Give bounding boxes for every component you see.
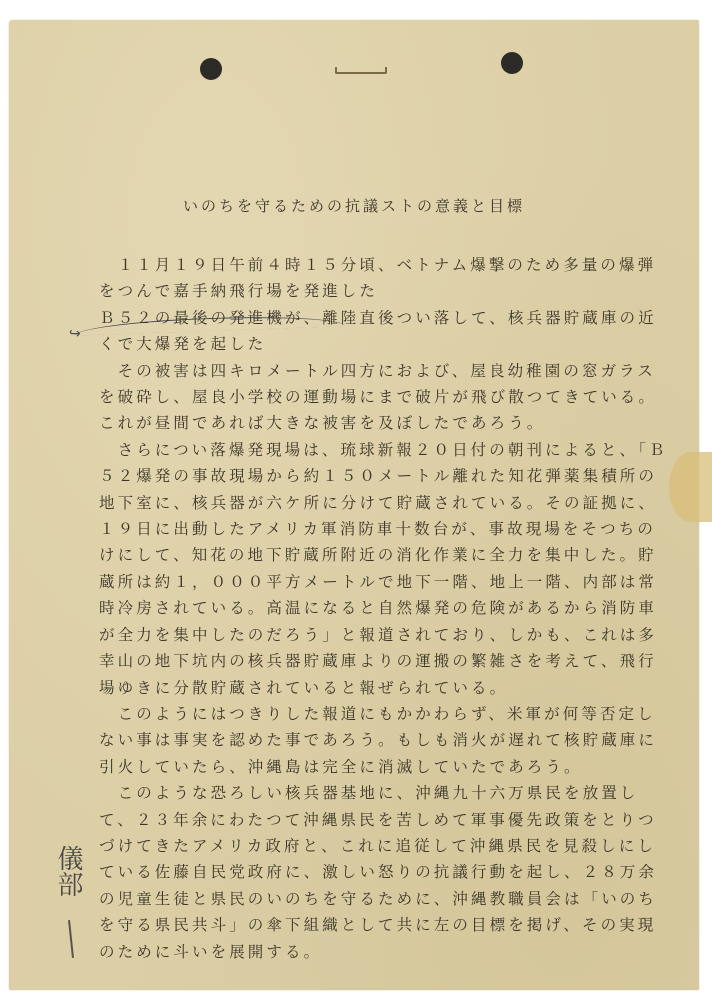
paragraph-3: その被害は四キロメートル四方におよび、屋良幼稚園の窓ガラスを破砕し、屋良小学校の… [99, 358, 674, 437]
paragraph-1: １１月１９日午前４時１５分頃、ベトナム爆撃のため多量の爆弾をつんで嘉手納飛行場を… [99, 252, 674, 305]
handwritten-stroke [68, 920, 74, 958]
punch-hole-right [501, 52, 523, 74]
staple [335, 67, 387, 74]
paragraph-2: Ｂ５２の最後の発進機が、離陸直後つい落して、核兵器貯蔵庫の近くで大爆発を起した [99, 305, 674, 358]
document-page: いのちを守るための抗議ストの意義と目標 ↪ １１月１９日午前４時１５分頃、ベトナ… [9, 20, 699, 990]
paragraph-4: さらについ落爆発現場は、琉球新報２０日付の朝刊によると、「Ｂ５２爆発の事故現場か… [99, 437, 674, 701]
paragraph-6: このような恐ろしい核兵器基地に、沖縄九十六万県民を放置して、２３年余にわたつて沖… [99, 780, 674, 965]
handwritten-arrow-icon: ↪ [69, 326, 81, 342]
paper-stain [669, 452, 712, 522]
handwritten-margin-note: 儀部 [47, 845, 87, 897]
paragraph-5: このようにはつきりした報道にもかかわらず、米軍が何等否定しない事は事実を認めた事… [99, 701, 674, 780]
document-body: １１月１９日午前４時１５分頃、ベトナム爆撃のため多量の爆弾をつんで嘉手納飛行場を… [99, 252, 674, 965]
punch-hole-left [200, 58, 222, 80]
document-title: いのちを守るための抗議ストの意義と目標 [9, 195, 699, 216]
